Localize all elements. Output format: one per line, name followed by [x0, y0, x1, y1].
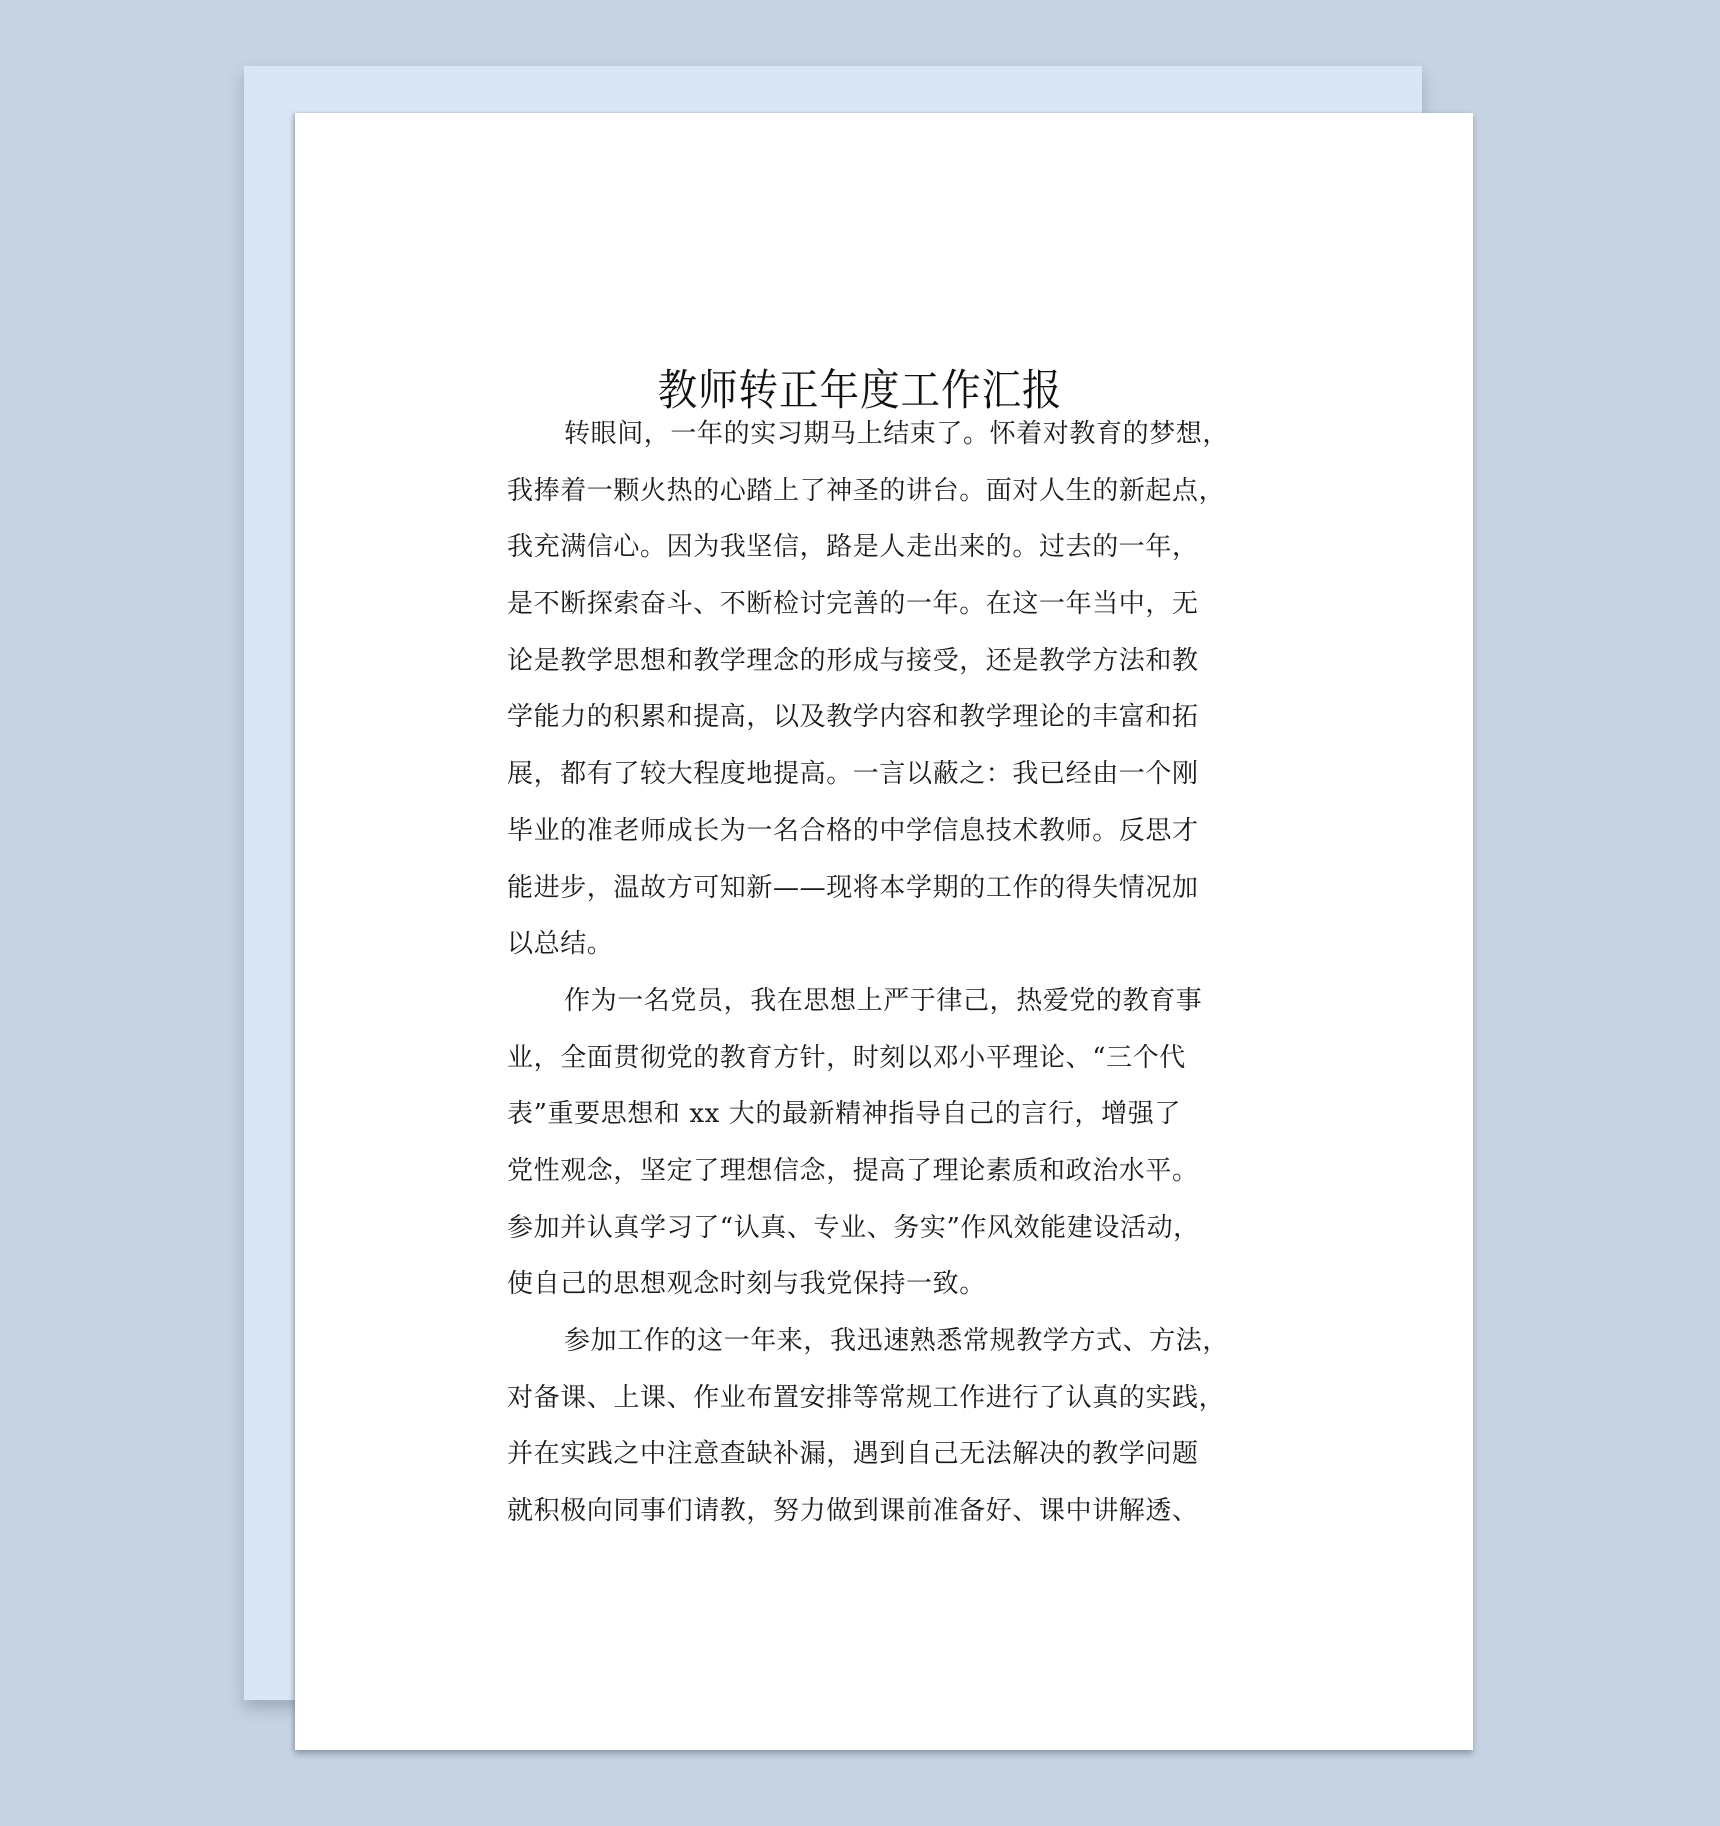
document-body: 转眼间，一年的实习期马上结束了。怀着对教育的梦想， 我捧着一颗火热的心踏上了神圣…: [507, 406, 1277, 1540]
body-line: 我捧着一颗火热的心踏上了神圣的讲台。面对人生的新起点，: [507, 463, 1277, 520]
body-line: 转眼间，一年的实习期马上结束了。怀着对教育的梦想，: [507, 406, 1277, 463]
body-line: 论是教学思想和教学理念的形成与接受，还是教学方法和教: [507, 633, 1277, 690]
body-line: 以总结。: [507, 916, 1277, 973]
body-line: 学能力的积累和提高，以及教学内容和教学理论的丰富和拓: [507, 689, 1277, 746]
body-line: 是不断探索奋斗、不断检讨完善的一年。在这一年当中，无: [507, 576, 1277, 633]
body-line: 参加工作的这一年来，我迅速熟悉常规教学方式、方法，: [507, 1313, 1277, 1370]
body-line: 党性观念，坚定了理想信念，提高了理论素质和政治水平。: [507, 1143, 1277, 1200]
body-line: 我充满信心。因为我坚信，路是人走出来的。过去的一年，: [507, 519, 1277, 576]
body-line: 作为一名党员，我在思想上严于律己，热爱党的教育事: [507, 973, 1277, 1030]
body-line: 对备课、上课、作业布置安排等常规工作进行了认真的实践，: [507, 1370, 1277, 1427]
body-line: 参加并认真学习了“认真、专业、务实”作风效能建设活动，: [507, 1200, 1277, 1257]
body-line: 能进步，温故方可知新——现将本学期的工作的得失情况加: [507, 860, 1277, 917]
body-line: 展，都有了较大程度地提高。一言以蔽之：我已经由一个刚: [507, 746, 1277, 803]
body-line: 表”重要思想和 xx 大的最新精神指导自己的言行，增强了: [507, 1086, 1277, 1143]
body-line: 业，全面贯彻党的教育方针，时刻以邓小平理论、“三个代: [507, 1030, 1277, 1087]
body-line: 并在实践之中注意查缺补漏，遇到自己无法解决的教学问题: [507, 1426, 1277, 1483]
body-line: 毕业的准老师成长为一名合格的中学信息技术教师。反思才: [507, 803, 1277, 860]
body-line: 就积极向同事们请教，努力做到课前准备好、课中讲解透、: [507, 1483, 1277, 1540]
body-line: 使自己的思想观念时刻与我党保持一致。: [507, 1256, 1277, 1313]
